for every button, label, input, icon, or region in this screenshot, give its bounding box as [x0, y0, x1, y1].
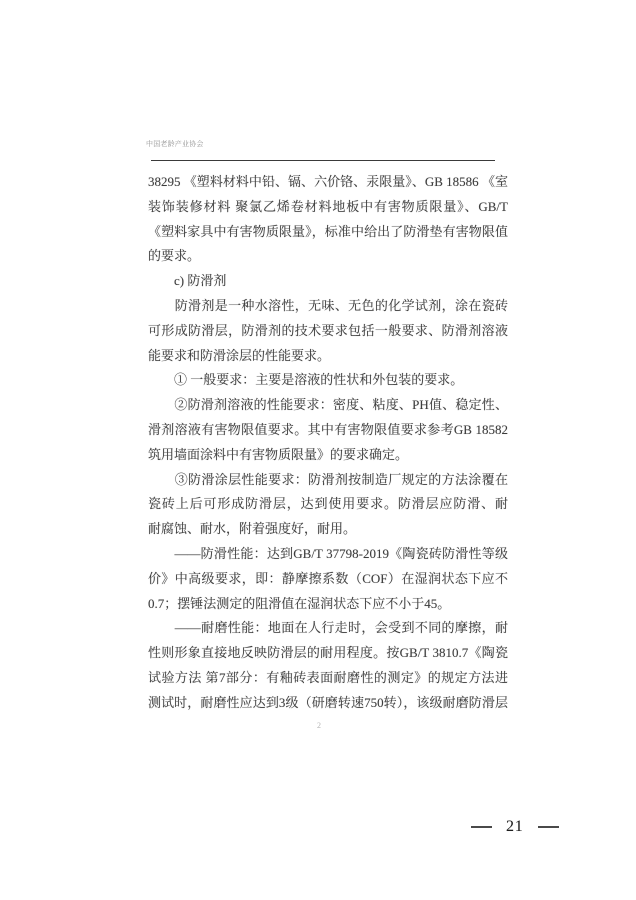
body-text-block: 38295 《塑料材料中铅、镉、六价铬、汞限量》、GB 18586 《室内装饰装… — [148, 170, 508, 716]
page-number: 21 — [506, 818, 524, 836]
body-text-line: 筑用墙面涂料中有害物质限量》的要求确定。 — [148, 443, 508, 468]
body-text-line: c) 防滑剂 — [148, 269, 508, 294]
body-text-line: 测试时，耐磨性应达到3级（研磨转速750转），该级耐磨防滑层 — [148, 691, 508, 716]
footer-dash-right — [538, 826, 559, 828]
header-org-label: 中国老龄产业协会 — [146, 140, 204, 150]
body-text-line: 装饰装修材料 聚氯乙烯卷材料地板中有害物质限量》、GB/T 28481 — [148, 195, 508, 220]
body-text-line: 瓷砖上后可形成防滑层，达到使用要求。防滑层应防滑、耐磨、 — [148, 492, 508, 517]
body-text-line: 价》中高级要求，即：静摩擦系数（COF）在湿润状态下应不小于 — [148, 567, 508, 592]
body-text-line: 的要求。 — [148, 244, 508, 269]
footer-dash-left — [471, 826, 492, 828]
page-footer: 21 — [471, 817, 559, 837]
body-text-line: ②防滑剂溶液的性能要求：密度、粘度、PH值、稳定性、防 — [148, 393, 508, 418]
body-text-line: 试验方法 第7部分：有釉砖表面耐磨性的测定》的规定方法进行 — [148, 666, 508, 691]
body-text-line: 防滑剂是一种水溶性，无味、无色的化学试剂，涂在瓷砖上 — [148, 294, 508, 319]
body-text-line: 能要求和防滑涂层的性能要求。 — [148, 344, 508, 369]
document-page: 中国老龄产业协会 38295 《塑料材料中铅、镉、六价铬、汞限量》、GB 185… — [0, 0, 636, 900]
body-text-line: 《塑料家具中有害物质限量》，标准中给出了防滑垫有害物限值 — [148, 220, 508, 245]
body-text-line: 0.7；摆锤法测定的阻滑值在湿润状态下应不小于45。 — [148, 592, 508, 617]
body-text-line: ——防滑性能：达到GB/T 37798-2019《陶瓷砖防滑性等级评 — [148, 542, 508, 567]
body-text-line: 滑剂溶液有害物限值要求。其中有害物限值要求参考GB 18582《建 — [148, 418, 508, 443]
body-text-line: 38295 《塑料材料中铅、镉、六价铬、汞限量》、GB 18586 《室内 — [148, 170, 508, 195]
body-text-line: 耐腐蚀、耐水，附着强度好，耐用。 — [148, 517, 508, 542]
body-text-line: 性则形象直接地反映防滑层的耐用程度。按GB/T 3810.7《陶瓷砖 — [148, 641, 508, 666]
body-text-line: ——耐磨性能：地面在人行走时，会受到不同的摩擦，耐磨 — [148, 616, 508, 641]
body-text-line: ① 一般要求：主要是溶液的性状和外包装的要求。 — [148, 368, 508, 393]
header-rule — [151, 160, 495, 161]
body-text-line: ③防滑涂层性能要求：防滑剂按制造厂规定的方法涂覆在陶 — [148, 468, 508, 493]
body-text-line: 可形成防滑层，防滑剂的技术要求包括一般要求、防滑剂溶液性 — [148, 319, 508, 344]
footnote-mark: 2 — [317, 721, 321, 730]
